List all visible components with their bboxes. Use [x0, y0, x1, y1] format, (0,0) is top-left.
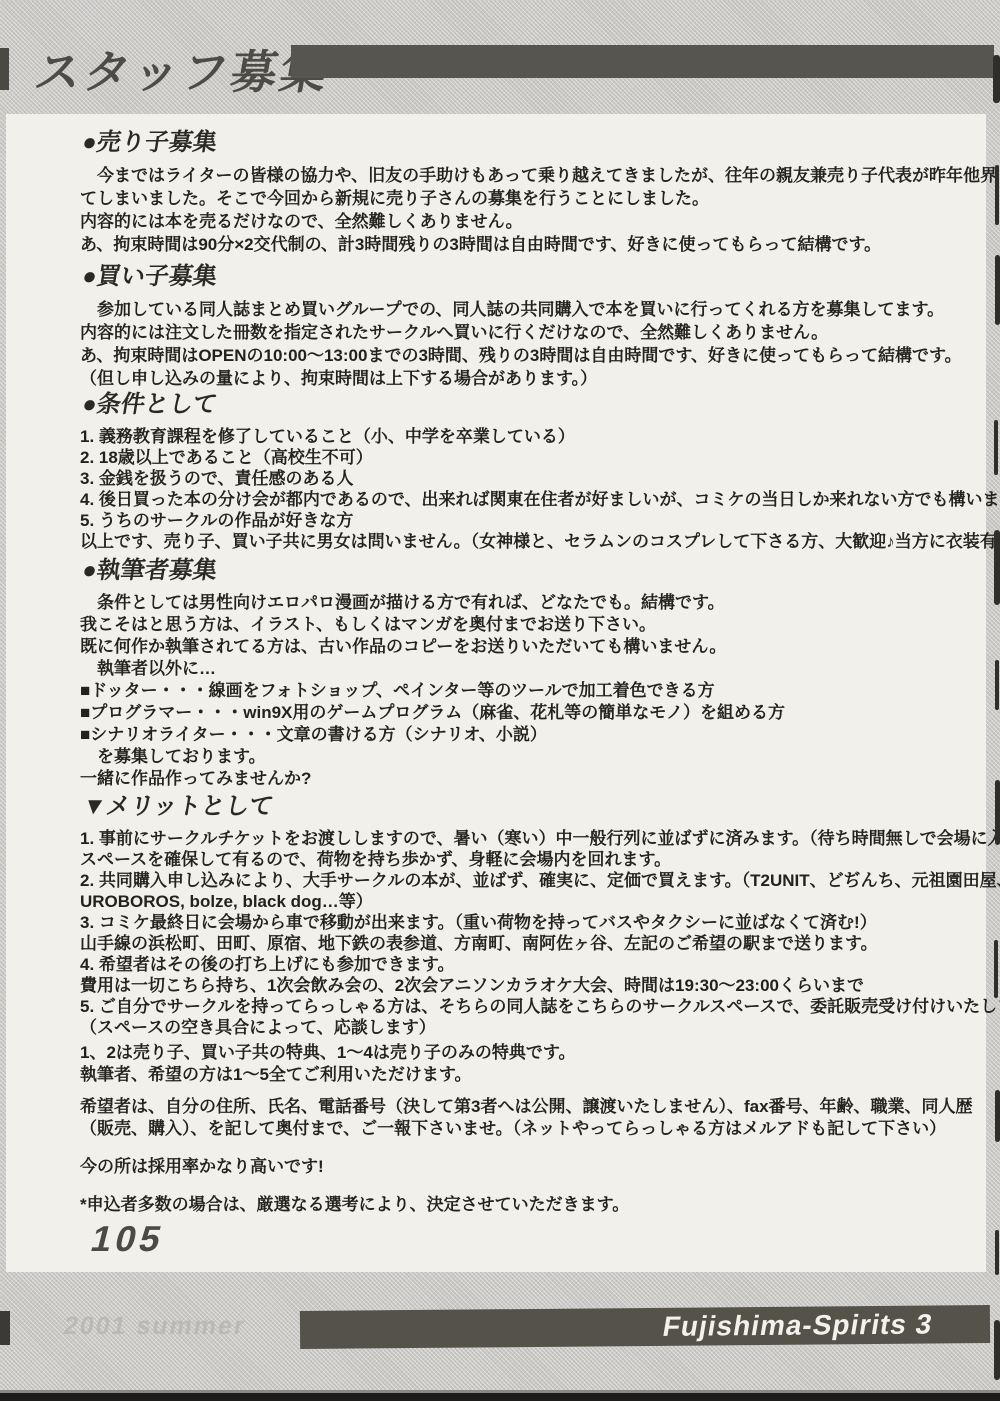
text-line: 今の所は採用率かなり高いです!	[80, 1156, 324, 1178]
scan-edge-mark	[994, 940, 998, 998]
page-number: 105	[87, 1218, 170, 1260]
text-line: 4. 後日買った本の分け会が都内であるので、出来れば関東在住者が好ましいが、コミ…	[80, 489, 1000, 510]
text-line: 5. うちのサークルの作品が好きな方	[80, 510, 1000, 531]
text-line: 以上です、売り子、買い子共に男女は問いません。（女神様と、セラムンのコスプレして…	[80, 531, 1000, 552]
footer-title-bar: Fujishima-Spirits 3	[300, 1305, 990, 1349]
scan-edge-mark	[993, 55, 1000, 103]
text-line: 内容的には本を売るだけなので、全然難しくありません。	[80, 210, 1000, 233]
text-line: 1. 義務教育課程を修了していること（小、中学を卒業している）	[80, 426, 1000, 447]
text-line: 2. 共同購入申し込みにより、大手サークルの本が、並ばず、確実に、定価で買えます…	[80, 870, 1000, 891]
scan-edge-mark	[995, 1230, 999, 1275]
note-application-instructions: 希望者は、自分の住所、氏名、電話番号（決して第3者へは公開、譲渡いたしません）、…	[80, 1096, 973, 1140]
note-selection-disclaimer: *申込者多数の場合は、厳選なる選考により、決定させていただきます。	[80, 1194, 629, 1216]
text-line: 5. ご自分でサークルを持ってらっしゃる方は、そちらの同人誌をこちらのサークルス…	[80, 996, 1000, 1017]
text-line: 1. 事前にサークルチケットをお渡ししますので、暑い（寒い）中一般行列に並ばずに…	[80, 828, 1000, 849]
left-edge-tab-bottom	[0, 1311, 10, 1345]
scan-edge-mark	[994, 1320, 1000, 1380]
text-line: 条件としては男性向けエロパロ漫画が描ける方で有れば、どなたでも。結構です。	[80, 592, 785, 614]
text-line: 内容的には注文した冊数を指定されたサークルへ買いに行くだけなので、全然難しくあり…	[80, 321, 962, 344]
section-seller-recruitment: ●売り子募集 今まではライターの皆様の協力や、旧友の手助けもあって乗り越えてきま…	[80, 128, 1000, 256]
text-line: 参加している同人誌まとめ買いグループでの、同人誌の共同購入で本を買いに行ってくれ…	[80, 298, 962, 321]
footer-season-label: 2001 summer	[61, 1312, 248, 1341]
text-line: UROBOROS, bolze, black dog…等）	[80, 891, 1000, 912]
section-heading: ●条件として	[80, 390, 219, 420]
text-line: （但し申し込みの量により、拘束時間は上下する場合があります。）	[80, 367, 962, 390]
scan-bottom-edge	[0, 1393, 1000, 1401]
scan-edge-mark	[994, 530, 1000, 605]
scan-edge-mark	[995, 165, 999, 225]
scan-edge-mark	[995, 660, 999, 710]
scan-edge-mark	[995, 1090, 1000, 1142]
section-merits: ▼メリットとして 1. 事前にサークルチケットをお渡ししますので、暑い（寒い）中…	[80, 792, 1000, 1038]
text-line: 既に何作か執筆されてる方は、古い作品のコピーをお送りいただいても構いません。	[80, 636, 785, 658]
section-writer-recruitment: ●執筆者募集 条件としては男性向けエロパロ漫画が描ける方で有れば、どなたでも。結…	[80, 556, 785, 790]
section-heading: ▼メリットとして	[80, 792, 276, 822]
scan-edge-mark	[995, 780, 1000, 845]
text-line: 執筆者、希望の方は1～5全てご利用いただけます。	[80, 1064, 575, 1086]
scan-edge-mark	[994, 420, 998, 475]
text-line: 1、2は売り子、買い子共の特典、1～4は売り子のみの特典です。	[80, 1042, 575, 1064]
text-line: 我こそはと思う方は、イラスト、もしくはマンガを奥付までお送り下さい。	[80, 614, 785, 636]
page-title: スタッフ募集	[30, 36, 336, 102]
text-line: 3. 金銭を扱うので、責任感のある人	[80, 468, 1000, 489]
text-line: あ、拘束時間はOPENの10:00～13:00までの3時間、残りの3時間は自由時…	[80, 344, 962, 367]
text-line: 2. 18歳以上であること（高校生不可）	[80, 447, 1000, 468]
text-line: 費用は一切こちら持ち、1次会飲み会の、2次会アニソンカラオケ大会、時間は19:3…	[80, 975, 1000, 996]
text-line: 山手線の浜松町、田町、原宿、地下鉄の表参道、方南町、南阿佐ヶ谷、左記のご希望の駅…	[80, 933, 1000, 954]
section-heading: ●売り子募集	[80, 128, 219, 158]
note-acceptance-rate: 今の所は採用率かなり高いです!	[80, 1156, 324, 1178]
text-line: 今まではライターの皆様の協力や、旧友の手助けもあって乗り越えてきましたが、往年の…	[80, 164, 1000, 187]
text-line: 執筆者以外に…	[80, 658, 785, 680]
scan-edge-mark	[995, 255, 1000, 325]
section-heading: ●買い子募集	[80, 262, 219, 292]
text-line: てしまいました。そこで今回から新規に売り子さんの募集を行うことにしました。	[80, 187, 1000, 210]
footer-book-title: Fujishima-Spirits 3	[660, 1308, 993, 1343]
text-line: あ、拘束時間は90分×2交代制の、計3時間残りの3時間は自由時間です、好きに使っ…	[80, 233, 1000, 256]
section-heading: ●執筆者募集	[80, 556, 219, 586]
text-line: 4. 希望者はその後の打ち上げにも参加できます。	[80, 954, 1000, 975]
text-line: *申込者多数の場合は、厳選なる選考により、決定させていただきます。	[80, 1194, 629, 1216]
text-line: 一緒に作品作ってみませんか?	[80, 768, 785, 790]
text-line: スペースを確保して有るので、荷物を持ち歩かず、身軽に会場内を回れます。	[80, 849, 1000, 870]
text-line: 希望者は、自分の住所、氏名、電話番号（決して第3者へは公開、譲渡いたしません）、…	[80, 1096, 973, 1118]
text-line: ■プログラマー・・・win9X用のゲームプログラム（麻雀、花札等の簡単なモノ）を…	[80, 702, 785, 724]
text-line: （スペースの空き具合によって、応談します）	[80, 1017, 1000, 1038]
text-line: を募集しております。	[80, 746, 785, 768]
left-edge-tab-top	[0, 48, 9, 90]
section-conditions: ●条件として 1. 義務教育課程を修了していること（小、中学を卒業している） 2…	[80, 390, 1000, 552]
text-line: ■シナリオライター・・・文章の書ける方（シナリオ、小説）	[80, 724, 785, 746]
text-line: （販売、購入）、を記して奥付まで、ご一報下さいませ。（ネットやってらっしゃる方は…	[80, 1118, 973, 1140]
note-perks-summary: 1、2は売り子、買い子共の特典、1～4は売り子のみの特典です。 執筆者、希望の方…	[80, 1042, 575, 1086]
text-line: 3. コミケ最終日に会場から車で移動が出来ます。（重い荷物を持ってバスやタクシー…	[80, 912, 1000, 933]
text-line: ■ドッター・・・線画をフォトショップ、ペインター等のツールで加工着色できる方	[80, 680, 785, 702]
scanned-page: スタッフ募集 ●売り子募集 今まではライターの皆様の協力や、旧友の手助けもあって…	[0, 0, 1000, 1401]
title-rule-bar	[291, 45, 994, 78]
section-buyer-recruitment: ●買い子募集 参加している同人誌まとめ買いグループでの、同人誌の共同購入で本を買…	[80, 262, 962, 390]
